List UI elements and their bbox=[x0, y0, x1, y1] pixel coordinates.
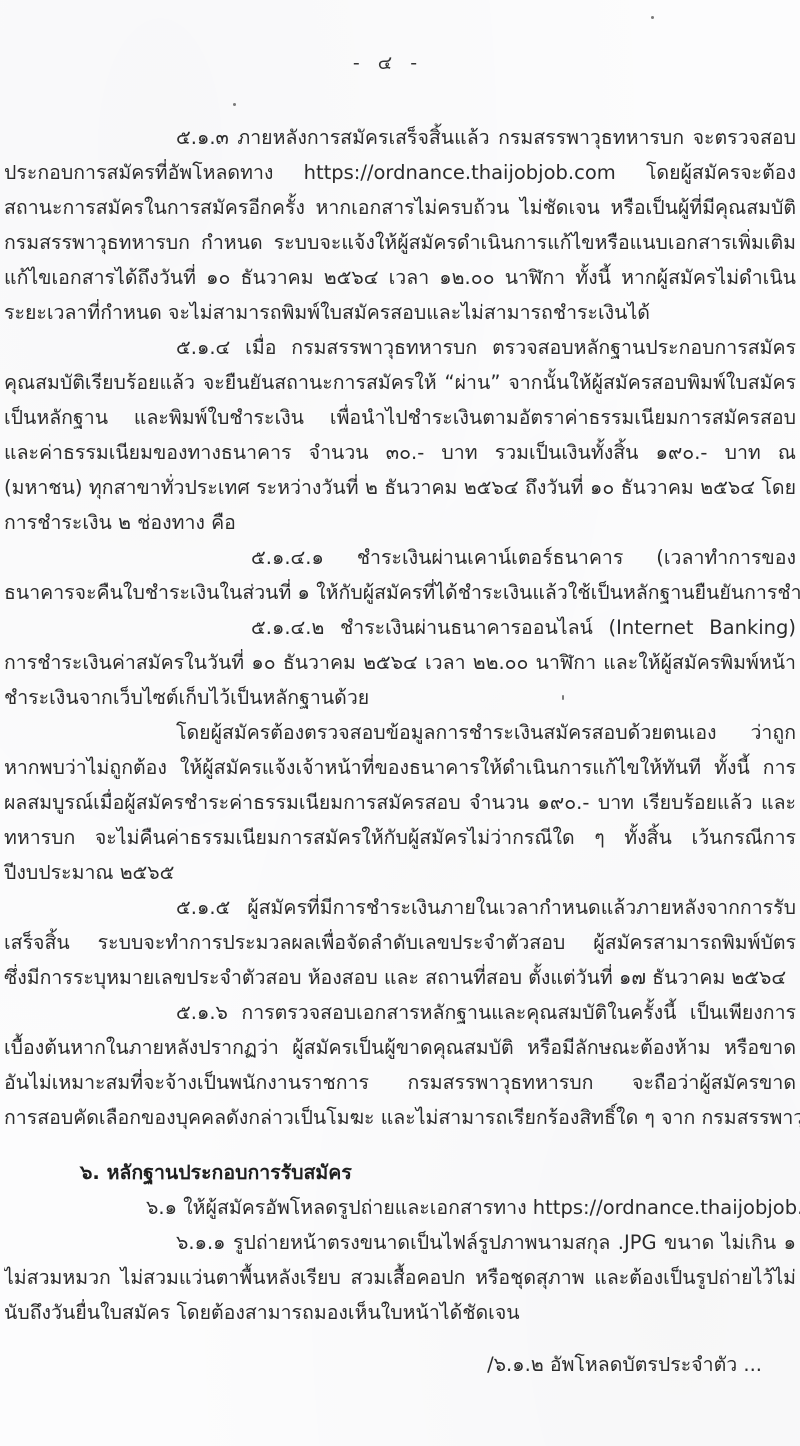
text-line: อันไม่เหมาะสมที่จะจ้างเป็นพนักงานราชการ … bbox=[4, 1065, 796, 1100]
paragraph-payment-check: โดยผู้สมัครต้องตรวจสอบข้อมูลการชำระเงินส… bbox=[4, 715, 796, 750]
scan-speck bbox=[651, 16, 654, 19]
page-number: - ๔ - bbox=[0, 48, 788, 78]
text-line: การชำระเงินค่าสมัครในวันที่ ๑๐ ธันวาคม ๒… bbox=[4, 645, 796, 680]
text-line: ชำระเงินจากเว็บไซต์เก็บไว้เป็นหลักฐานด้ว… bbox=[4, 680, 796, 715]
clause-5-1-6: ๕.๑.๖ การตรวจสอบเอกสารหลักฐานและคุณสมบัต… bbox=[4, 995, 796, 1030]
clause-5-1-3: ๕.๑.๓ ภายหลังการสมัครเสร็จสิ้นแล้ว กรมสร… bbox=[4, 120, 796, 155]
page-continuation-note: /๖.๑.๒ อัพโหลดบัตรประจำตัว ... bbox=[0, 1347, 762, 1382]
text-line: และค่าธรรมเนียมของทางธนาคาร จำนวน ๓๐.- บ… bbox=[4, 435, 796, 470]
text-line: เสร็จสิ้น ระบบจะทำการประมวลผลเพื่อจัดลำด… bbox=[4, 925, 796, 960]
text-line: ไม่สวมหมวก ไม่สวมแว่นตาพื้นหลังเรียบ สวม… bbox=[4, 1260, 796, 1295]
section-6-heading: ๖. หลักฐานประกอบการรับสมัคร bbox=[4, 1155, 796, 1190]
clause-5-1-4-2: ๕.๑.๔.๒ ชำระเงินผ่านธนาคารออนไลน์ (Inter… bbox=[4, 610, 796, 645]
clause-5-1-4-1: ๕.๑.๔.๑ ชำระเงินผ่านเคาน์เตอร์ธนาคาร (เว… bbox=[4, 540, 796, 575]
text-line: การชำระเงิน ๒ ช่องทาง คือ bbox=[4, 505, 796, 540]
text-line: เบื้องต้นหากในภายหลังปรากฏว่า ผู้สมัครเป… bbox=[4, 1030, 796, 1065]
clause-5-1-4: ๕.๑.๔ เมื่อ กรมสรรพาวุธทหารบก ตรวจสอบหลั… bbox=[4, 330, 796, 365]
scan-speck bbox=[233, 103, 236, 106]
document-lines: ๕.๑.๓ ภายหลังการสมัครเสร็จสิ้นแล้ว กรมสร… bbox=[4, 120, 796, 1330]
text-line: ทหารบก จะไม่คืนค่าธรรมเนียมการสมัครให้กั… bbox=[4, 820, 796, 855]
text-line: กรมสรรพาวุธทหารบก กำหนด ระบบจะแจ้งให้ผู้… bbox=[4, 225, 796, 260]
text-line: คุณสมบัติเรียบร้อยแล้ว จะยืนยันสถานะการส… bbox=[4, 365, 796, 400]
text-line: หากพบว่าไม่ถูกต้อง ให้ผู้สมัครแจ้งเจ้าหน… bbox=[4, 750, 796, 785]
text-line: สถานะการสมัครในการสมัครอีกครั้ง หากเอกสา… bbox=[4, 190, 796, 225]
scanned-document-page: - ๔ - ๕.๑.๓ ภายหลังการสมัครเสร็จสิ้นแล้ว… bbox=[0, 0, 800, 1446]
text-line: ปีงบประมาณ ๒๕๖๕ bbox=[4, 855, 796, 890]
text-line: เป็นหลักฐาน และพิมพ์ใบชำระเงิน เพื่อนำไป… bbox=[4, 400, 796, 435]
text-line: ประกอบการสมัครที่อัพโหลดทาง https://ordn… bbox=[4, 155, 796, 190]
clause-6-1-1: ๖.๑.๑ รูปถ่ายหน้าตรงขนาดเป็นไฟล์รูปภาพนา… bbox=[4, 1225, 796, 1260]
text-line: (มหาชน) ทุกสาขาทั่วประเทศ ระหว่างวันที่ … bbox=[4, 470, 796, 505]
text-line: ธนาคารจะคืนใบชำระเงินในส่วนที่ ๑ ให้กับผ… bbox=[4, 575, 796, 610]
text-line: นับถึงวันยื่นใบสมัคร โดยต้องสามารถมองเห็… bbox=[4, 1295, 796, 1330]
scan-speck bbox=[562, 695, 564, 700]
text-line: ระยะเวลาที่กำหนด จะไม่สามารถพิมพ์ใบสมัคร… bbox=[4, 295, 796, 330]
clause-5-1-5: ๕.๑.๕ ผู้สมัครที่มีการชำระเงินภายในเวลาก… bbox=[4, 890, 796, 925]
text-line: ซึ่งมีการระบุหมายเลขประจำตัวสอบ ห้องสอบ … bbox=[4, 960, 796, 995]
text-line: ผลสมบูรณ์เมื่อผู้สมัครชำระค่าธรรมเนียมกา… bbox=[4, 785, 796, 820]
text-line: แก้ไขเอกสารได้ถึงวันที่ ๑๐ ธันวาคม ๒๕๖๔ … bbox=[4, 260, 796, 295]
text-line: การสอบคัดเลือกของบุคคลดังกล่าวเป็นโมฆะ แ… bbox=[4, 1100, 796, 1135]
clause-6-1: ๖.๑ ให้ผู้สมัครอัพโหลดรูปถ่ายและเอกสารทา… bbox=[4, 1190, 796, 1225]
